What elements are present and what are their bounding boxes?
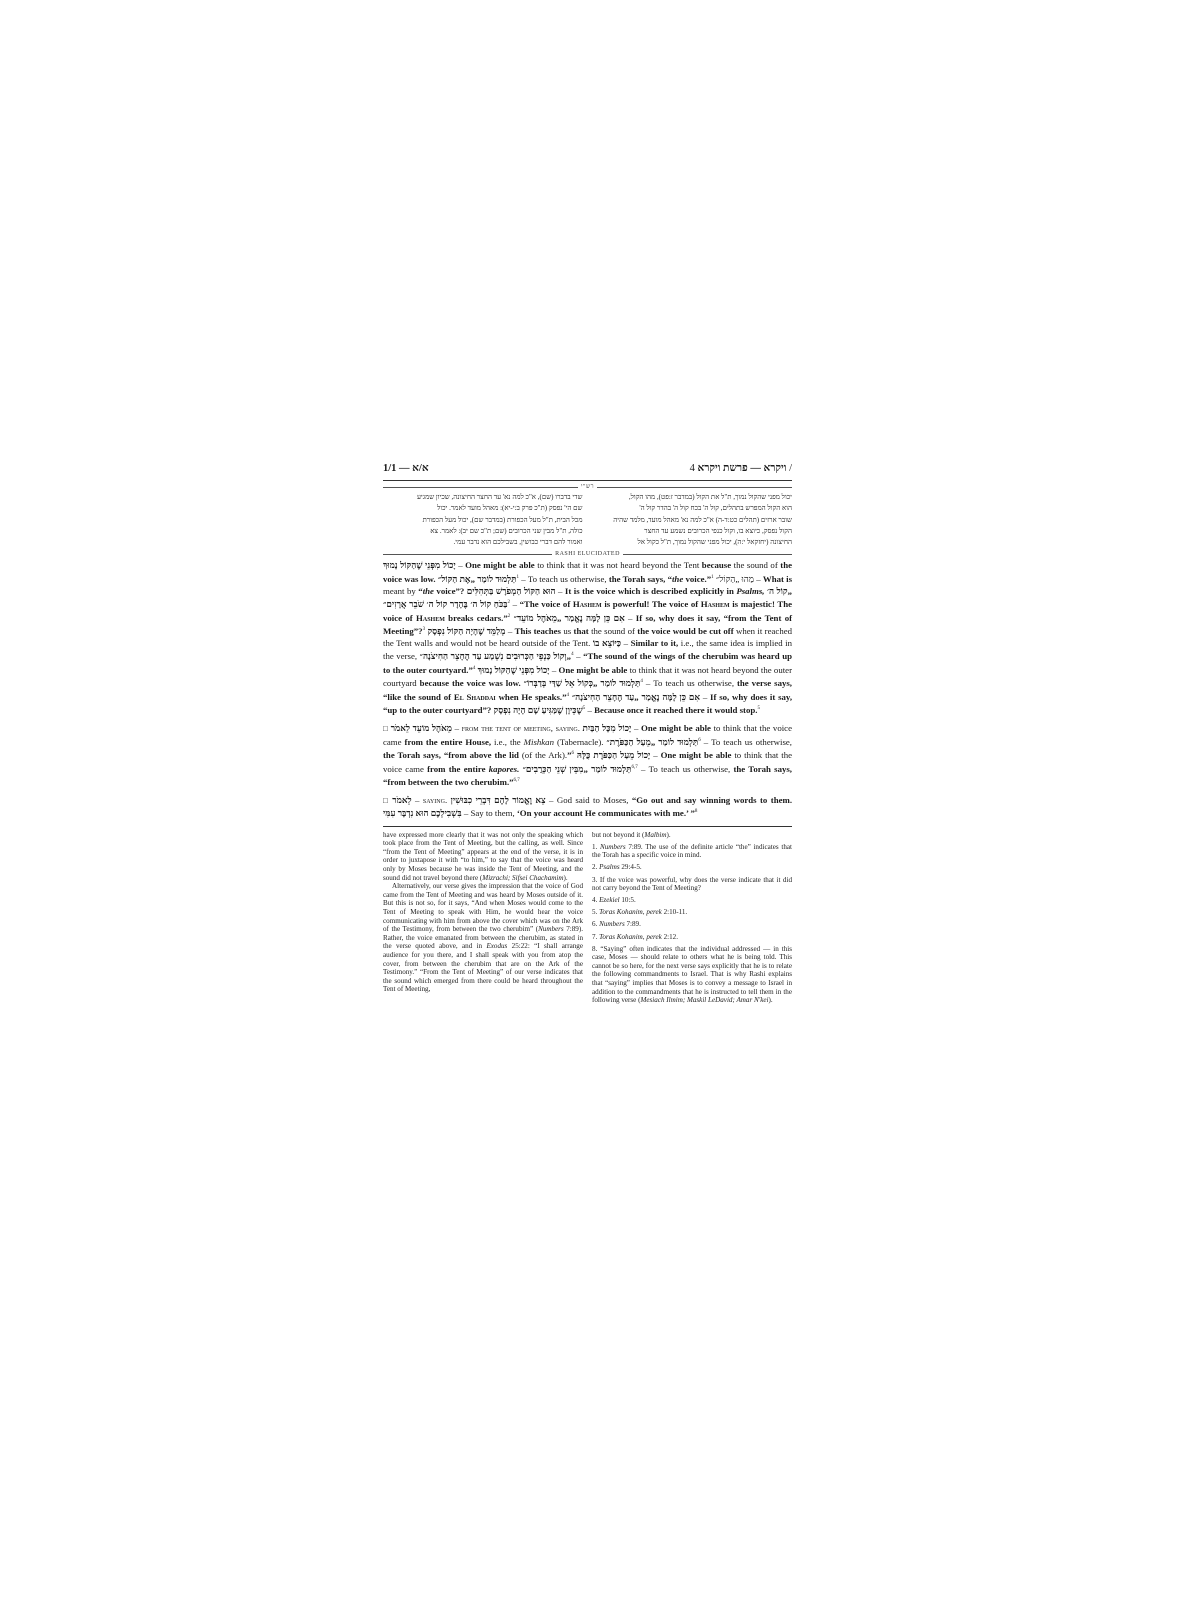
- bold-text: the Torah says, “from above the lid: [383, 750, 519, 760]
- footnote: Alternatively, our verse gives the impre…: [383, 882, 583, 994]
- text: –: [585, 705, 594, 715]
- rashi-hebrew-line: הקול נפסק, כיוצא בו, וקול כנפי הכרובים נ…: [593, 526, 793, 537]
- text: to think that it was not heard beyond th…: [535, 560, 702, 570]
- hebrew-lemma: תַּלְמוּד לוֹמַר „מִבֵּין שְׁנֵי הַכְּרֻ…: [523, 763, 632, 773]
- bold-text: Similar to it,: [631, 638, 679, 648]
- text: the sound of: [589, 626, 638, 636]
- rashi-hebrew-line: ואמור להם דברי כבושין, בשבילכם הוא נדבר …: [383, 537, 583, 548]
- footnote: 7. Toras Kohanim, perek 2:12.: [592, 933, 792, 942]
- text: 1.: [592, 843, 600, 851]
- text: meant by: [383, 586, 418, 596]
- footnote: have expressed more clearly that it was …: [383, 831, 583, 883]
- italic-text: Exodus: [486, 942, 507, 950]
- footnote-marker: 8: [695, 809, 698, 814]
- hebrew-lemma: אִם כֵּן לָמָּה נֶאֱמַר „עַד הֶחָצֵר הַח…: [572, 692, 700, 702]
- rashi-hebrew-left-column: שדי בדברו (שם), א"כ למה נא' עד החצר החיצ…: [383, 492, 583, 548]
- footnote: 2. Psalms 29:4-5.: [592, 863, 792, 872]
- divine-name: Hashem: [416, 613, 445, 623]
- text: –: [456, 560, 465, 570]
- bold-text: One might be able: [661, 750, 732, 760]
- footnote: 3. If the voice was powerful, why does t…: [592, 876, 792, 893]
- rashi-hebrew-text: יכול מפני שהקול נמוך, ת"ל את הקול (במדבר…: [383, 492, 792, 548]
- bold-text: “Go out and say winning words to them.: [632, 795, 792, 805]
- rashi-hebrew-line: מכל הבית, ת"ל מעל הכפורת (במדבר שם), יכו…: [383, 515, 583, 526]
- hebrew-lemma: לֵאמֹר: [392, 795, 411, 805]
- text: –: [625, 613, 636, 623]
- rashi-hebrew-line: שדי בדברו (שם), א"כ למה נא' עד החצר החיצ…: [383, 492, 583, 503]
- text: ).: [563, 874, 567, 882]
- italic-text: Numbers: [600, 843, 626, 851]
- hebrew-lemma: תַּלְמוּד לוֹמַר „כְּקוֹל אֵל שַׁדַּי בְ…: [524, 678, 641, 688]
- hebrew-lemma: צֵא וֶאֱמוֹר לָהֶם דִּבְרֵי כִבּוּשִׁין: [451, 795, 546, 805]
- italic-text: Toras Kohanim, perek: [599, 908, 662, 916]
- footnote: 1. Numbers 7:89. The use of the definite…: [592, 843, 792, 860]
- rashi-label: רש"י: [578, 484, 597, 490]
- italic-text: Mishkan: [524, 736, 554, 746]
- text: –: [631, 723, 641, 733]
- hebrew-lemma: בִּשְׁבִילְכֶם הוּא נִדְבָּר עִמִּי: [383, 808, 462, 818]
- text: –: [556, 586, 565, 596]
- hebrew-lemma: הוּא הַקּוֹל הַמְפֹרָשׁ בַּתְּהִלִּים: [467, 586, 556, 596]
- bold-text: because the voice was low.: [420, 678, 521, 688]
- rashi-hebrew-line: החיצונה (יחזקאל י:ה), יכול מפני שהקול נמ…: [593, 537, 793, 548]
- lemma-translation: saying.: [423, 795, 447, 805]
- hebrew-lemma: יָכוֹל מֵעַל הַכַּפֹּרֶת כֻּלָּהּ: [577, 750, 650, 760]
- bold-text: the voice would be cut off: [637, 626, 733, 636]
- bold-text: is powerful! The voice of: [602, 599, 701, 609]
- italic-text: Mesiach Ilmim; Maskil LeDavid; Amar N'ke…: [640, 996, 768, 1004]
- text: –: [650, 750, 660, 760]
- elucidated-paragraph: □ מֵאֹהֶל מוֹעֵד לֵאמֹר – from the tent …: [383, 723, 792, 789]
- parashah-title: ויקרא — פרשת ויקרא: [697, 463, 786, 474]
- text: – To teach us otherwise,: [638, 763, 734, 773]
- text: ).: [769, 996, 773, 1004]
- bold-text: voice.”: [683, 574, 711, 584]
- hebrew-lemma: כַּיּוֹצֵא בוֹ: [593, 638, 621, 648]
- book-page: 1/1 — א/א ויקרא — פרשת ויקרא 4 / רש"י יכ…: [383, 463, 792, 1008]
- bold-text: One might be able: [465, 560, 535, 570]
- footnote: 8. “Saying” often indicates that the ind…: [592, 945, 792, 1005]
- hebrew-lemma: יָכוֹל מִפְּנֵי שֶׁהַקּוֹל נָמוּךְ: [383, 560, 456, 570]
- italic-text: Malbim: [644, 831, 666, 839]
- text: –: [754, 574, 763, 584]
- footnote: but not beyond it (Malbim).: [592, 831, 792, 840]
- bold-italic-text: kapores.: [489, 763, 520, 773]
- text: –: [621, 638, 630, 648]
- bold-text: This teaches: [515, 626, 561, 636]
- bold-text: Because once it reached there it would s…: [594, 705, 757, 715]
- bold-text: because: [702, 560, 731, 570]
- text: us: [561, 626, 574, 636]
- rashi-hebrew-line: יכול מפני שהקול נמוך, ת"ל את הקול (במדבר…: [593, 492, 793, 503]
- text: –: [700, 692, 710, 702]
- elucidated-divider: RASHI ELUCIDATED: [383, 551, 792, 557]
- rashi-elucidated-text: יָכוֹל מִפְּנֵי שֶׁהַקּוֹל נָמוּךְ – One…: [383, 560, 792, 819]
- lemma-translation: from the tent of meeting, saying.: [462, 723, 580, 733]
- chapter-verse-reference: 1/1 — א/א: [383, 463, 429, 474]
- text: ).: [667, 831, 671, 839]
- rashi-hebrew-line: שובר ארזים (תהלים כט:ד-ה) א"כ למה נא' מא…: [593, 515, 793, 526]
- text: –: [452, 723, 462, 733]
- text: – To teach us otherwise,: [643, 678, 737, 688]
- box-bullet-icon: □: [383, 724, 391, 733]
- text: –: [574, 651, 584, 661]
- text: –: [505, 626, 514, 636]
- hebrew-lemma: מֵאֹהֶל מוֹעֵד לֵאמֹר: [391, 723, 452, 733]
- text: 2:10-11.: [662, 908, 687, 916]
- rashi-hebrew-right-column: יכול מפני שהקול נמוך, ת"ל את הקול (במדבר…: [593, 492, 793, 548]
- text: but not beyond it (: [592, 831, 644, 839]
- hebrew-lemma: מְלַמֵּד שֶׁהָיָה הַקּוֹל נִפְסָק: [427, 626, 505, 636]
- hebrew-lemma: יָכוֹל מִפְּנֵי שֶׁהַקּוֹל נָמוּךְ: [478, 665, 550, 675]
- text: 7:89.: [625, 920, 641, 928]
- rashi-divider: רש"י: [383, 484, 792, 490]
- italic-text: Ezekiel: [599, 896, 619, 904]
- footnote-separator: [383, 826, 792, 827]
- footnotes: have expressed more clearly that it was …: [383, 831, 792, 1009]
- text: –: [510, 599, 520, 609]
- divine-name: El Shaddai: [454, 692, 496, 702]
- hebrew-lemma: יָכוֹל מִכָּל הַבַּיִת: [583, 723, 632, 733]
- bold-text: It is the voice which is described expli…: [565, 586, 736, 596]
- italic-text: Toras Kohanim, perek: [599, 933, 662, 941]
- header-right: ויקרא — פרשת ויקרא 4 /: [690, 463, 792, 474]
- footnote: 5. Toras Kohanim, perek 2:10-11.: [592, 908, 792, 917]
- footnote: 4. Ezekiel 10:5.: [592, 896, 792, 905]
- footnote-marker: 6,7: [514, 778, 520, 783]
- bold-italic-text: Psalms,: [736, 586, 764, 596]
- text: (of the Ark).: [519, 750, 567, 760]
- hebrew-lemma: שֶׁכֵּיוָן שֶׁמַּגִּיעַ שָׁם הָיָה נִפְס…: [494, 705, 583, 715]
- bold-italic-text: the: [672, 574, 683, 584]
- text: 3. If the voice was powerful, why does t…: [592, 876, 792, 893]
- text: 25:22: “I shall arrange audience for you…: [383, 942, 583, 993]
- bold-text: One might be able: [641, 723, 711, 733]
- divine-name: Hashem: [701, 599, 730, 609]
- text: 2:12.: [662, 933, 678, 941]
- text: 29:4-5.: [620, 863, 642, 871]
- text: – Say to them,: [462, 808, 517, 818]
- hebrew-lemma: „וְקוֹל כַּנְפֵי הַכְּרוּבִים נִשְׁמַע ע…: [420, 651, 571, 661]
- bold-text: that: [574, 626, 589, 636]
- running-header: 1/1 — א/א ויקרא — פרשת ויקרא 4 /: [383, 463, 792, 481]
- hebrew-lemma: אִם כֵּן לָמָּה נֶאֱמַר „מֵאֹהֶל מוֹעֵד״: [514, 613, 625, 623]
- text: –: [412, 795, 423, 805]
- notes-left-column: have expressed more clearly that it was …: [383, 831, 583, 1009]
- rashi-hebrew-line: שם הי' נפסק (ת"כ פרק ב:י-יא): מאהל מועד …: [383, 503, 583, 514]
- text: 10:5.: [620, 896, 636, 904]
- italic-text: Mizrachi; Sifsei Chachamim: [482, 874, 563, 882]
- bold-text: from the entire: [427, 763, 489, 773]
- italic-text: Numbers: [599, 920, 625, 928]
- hebrew-lemma: תַּלְמוּד לוֹמַר „אֶת הַקּוֹל״: [438, 574, 517, 584]
- bold-text: ‘On your account He communicates with me…: [517, 808, 695, 818]
- elucidated-label: RASHI ELUCIDATED: [552, 551, 623, 557]
- bold-text: when He speaks.”: [496, 692, 567, 702]
- notes-right-column: but not beyond it (Malbim).1. Numbers 7:…: [592, 831, 792, 1009]
- bold-italic-text: the: [423, 586, 434, 596]
- hebrew-lemma: תַּלְמוּד לוֹמַר „מֵעַל הַכַּפֹּרֶת״: [606, 736, 698, 746]
- bold-text: breaks cedars.”: [445, 613, 508, 623]
- elucidated-paragraph: יָכוֹל מִפְּנֵי שֶׁהַקּוֹל נָמוּךְ – One…: [383, 560, 792, 716]
- bold-text: What is: [763, 574, 792, 584]
- rashi-hebrew-line: הוא הקול המפרש בתהלים, קול ה' בכח קול ה'…: [593, 503, 793, 514]
- bold-text: from the entire House,: [405, 736, 492, 746]
- text: the sound of: [731, 560, 780, 570]
- bold-text: the Torah says, “: [609, 574, 672, 584]
- rashi-hebrew-line: כולה, ת"ל מבין שני הכרובים (שם; ת"כ שם י…: [383, 526, 583, 537]
- footnote-marker: 5: [757, 706, 760, 711]
- text: i.e., the: [491, 736, 524, 746]
- elucidated-paragraph: □ לֵאמֹר – saying. צֵא וֶאֱמוֹר לָהֶם דִ…: [383, 795, 792, 820]
- hebrew-lemma: מַהוּ „הַקּוֹל״: [716, 574, 754, 584]
- box-bullet-icon: □: [383, 796, 392, 805]
- italic-text: Psalms: [599, 863, 620, 871]
- divine-name: Hashem: [573, 599, 602, 609]
- footnote: 6. Numbers 7:89.: [592, 920, 792, 929]
- italic-text: Numbers: [538, 925, 564, 933]
- bold-text: One might be able: [558, 665, 627, 675]
- text: – To teach us otherwise,: [519, 574, 609, 584]
- text: (Tabernacle).: [554, 736, 606, 746]
- bold-text: “The voice of: [520, 599, 573, 609]
- bold-text: voice”?: [434, 586, 464, 596]
- text: – To teach us otherwise,: [701, 736, 792, 746]
- text: – God said to Moses,: [546, 795, 632, 805]
